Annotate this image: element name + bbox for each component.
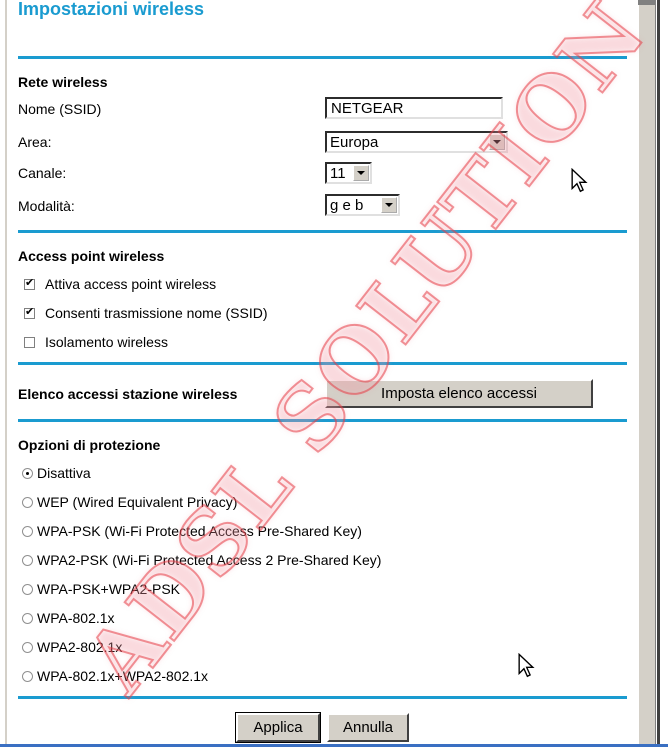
page-title: Impostazioni wireless xyxy=(18,0,204,20)
checkbox-checked-icon[interactable] xyxy=(24,308,35,319)
checkbox-wireless-isolation[interactable]: Isolamento wireless xyxy=(24,334,168,350)
access-list-label: Elenco accessi stazione wireless xyxy=(18,386,237,402)
area-select[interactable]: Europa xyxy=(325,131,508,153)
radio-label: Disattiva xyxy=(37,465,91,481)
section-title-access-point: Access point wireless xyxy=(18,248,164,264)
mouse-pointer-icon xyxy=(517,653,535,679)
divider xyxy=(18,362,627,365)
ssid-label: Nome (SSID) xyxy=(18,101,101,117)
cancel-button[interactable]: Annulla xyxy=(327,713,409,742)
radio-security-wep[interactable]: WEP (Wired Equivalent Privacy) xyxy=(22,494,237,510)
checkbox-unchecked-icon[interactable] xyxy=(24,337,35,348)
vertical-scrollbar[interactable] xyxy=(638,0,668,747)
divider xyxy=(18,696,627,699)
checkbox-label: Isolamento wireless xyxy=(45,334,168,350)
radio-label: WEP (Wired Equivalent Privacy) xyxy=(37,494,237,510)
channel-label: Canale: xyxy=(18,165,66,181)
radio-security-wpa2-psk[interactable]: WPA2-PSK (Wi-Fi Protected Access 2 Pre-S… xyxy=(22,552,381,568)
radio-unselected-icon[interactable] xyxy=(22,584,33,595)
radio-unselected-icon[interactable] xyxy=(22,555,33,566)
radio-security-wpa-8021x[interactable]: WPA-802.1x xyxy=(22,610,115,626)
radio-label: WPA-PSK+WPA2-PSK xyxy=(37,581,180,597)
divider xyxy=(18,419,627,422)
section-title-wireless-network: Rete wireless xyxy=(18,74,108,90)
radio-unselected-icon[interactable] xyxy=(22,671,33,682)
channel-select-value: 11 xyxy=(330,165,346,182)
area-label: Area: xyxy=(18,134,51,150)
radio-label: WPA-802.1x+WPA2-802.1x xyxy=(37,668,208,684)
section-title-security: Opzioni di protezione xyxy=(18,437,160,453)
mode-select-value: g e b xyxy=(330,197,363,214)
mouse-pointer-icon xyxy=(570,168,588,194)
radio-label: WPA2-PSK (Wi-Fi Protected Access 2 Pre-S… xyxy=(37,552,381,568)
radio-security-wpa-wpa2-8021x[interactable]: WPA-802.1x+WPA2-802.1x xyxy=(22,668,208,684)
radio-unselected-icon[interactable] xyxy=(22,526,33,537)
area-select-value: Europa xyxy=(330,134,378,151)
channel-select[interactable]: 11 xyxy=(325,162,372,184)
radio-label: WPA2-802.1x xyxy=(37,639,122,655)
divider xyxy=(18,230,627,233)
checkbox-broadcast-ssid[interactable]: Consenti trasmissione nome (SSID) xyxy=(24,305,268,321)
mode-select[interactable]: g e b xyxy=(325,194,400,216)
radio-label: WPA-802.1x xyxy=(37,610,115,626)
checkbox-label: Consenti trasmissione nome (SSID) xyxy=(45,305,268,321)
chevron-down-icon[interactable] xyxy=(489,134,505,150)
ssid-input[interactable] xyxy=(325,97,503,119)
chevron-down-icon[interactable] xyxy=(353,165,369,181)
chevron-down-icon[interactable] xyxy=(381,197,397,213)
scrollbar-track[interactable] xyxy=(638,0,656,747)
radio-security-disabled[interactable]: Disattiva xyxy=(22,465,91,481)
radio-unselected-icon[interactable] xyxy=(22,497,33,508)
scrollbar-border xyxy=(657,0,660,747)
scrollbar-thumb-edge[interactable] xyxy=(638,0,656,5)
frame-left-edge xyxy=(5,0,7,747)
radio-selected-icon[interactable] xyxy=(22,468,33,479)
apply-button[interactable]: Applica xyxy=(236,713,320,742)
radio-unselected-icon[interactable] xyxy=(22,642,33,653)
radio-label: WPA-PSK (Wi-Fi Protected Access Pre-Shar… xyxy=(37,523,362,539)
checkbox-enable-access-point[interactable]: Attiva access point wireless xyxy=(24,276,216,292)
radio-security-wpa-wpa2-psk[interactable]: WPA-PSK+WPA2-PSK xyxy=(22,581,180,597)
radio-security-wpa2-8021x[interactable]: WPA2-802.1x xyxy=(22,639,122,655)
radio-security-wpa-psk[interactable]: WPA-PSK (Wi-Fi Protected Access Pre-Shar… xyxy=(22,523,362,539)
checkbox-label: Attiva access point wireless xyxy=(45,276,216,292)
set-access-list-button[interactable]: Imposta elenco accessi xyxy=(325,379,593,408)
checkbox-checked-icon[interactable] xyxy=(24,279,35,290)
divider xyxy=(18,56,627,59)
mode-label: Modalità: xyxy=(18,198,75,214)
radio-unselected-icon[interactable] xyxy=(22,613,33,624)
